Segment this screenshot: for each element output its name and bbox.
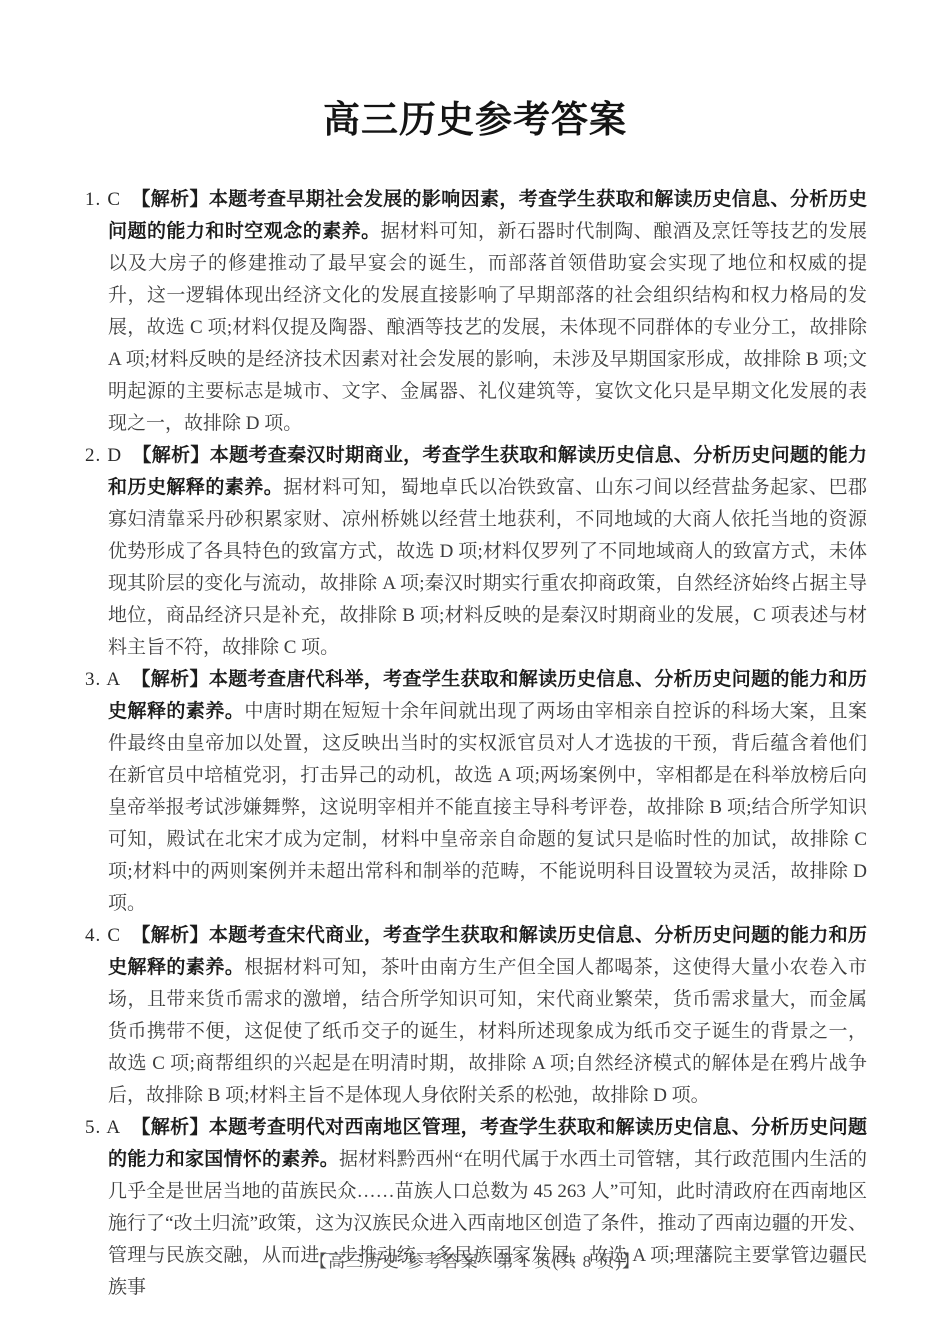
- page-title: 高三历史参考答案: [0, 0, 950, 140]
- question-number-answer: 2. D: [85, 445, 122, 466]
- question-number-answer: 1. C: [85, 189, 121, 210]
- answer-item-3: 3. A【解析】本题考查唐代科举，考查学生获取和解读历史信息、分析历史问题的能力…: [85, 664, 867, 920]
- question-number-answer: 5. A: [85, 1117, 121, 1138]
- analysis-body: 据材料可知，新石器时代制陶、酿酒及烹饪等技艺的发展以及大房子的修建推动了最早宴会…: [108, 221, 867, 434]
- answer-item-1: 1. C【解析】本题考查早期社会发展的影响因素，考查学生获取和解读历史信息、分析…: [85, 184, 867, 440]
- answer-item-4: 4. C【解析】本题考查宋代商业，考查学生获取和解读历史信息、分析历史问题的能力…: [85, 920, 867, 1112]
- analysis-body: 中唐时期在短短十余年间就出现了两场由宰相亲自控诉的科场大案，且案件最终由皇帝加以…: [108, 701, 867, 914]
- analysis-body: 据材料黔西州“在明代属于水西土司管辖，其行政范围内生活的几乎全是世居当地的苗族民…: [108, 1149, 867, 1298]
- page-footer: 【高三历史·参考答案 第 1 页(共 8 页)】: [0, 1251, 950, 1273]
- answer-item-5: 5. A【解析】本题考查明代对西南地区管理，考查学生获取和解读历史信息、分析历史…: [85, 1112, 867, 1304]
- question-number-answer: 3. A: [85, 669, 121, 690]
- analysis-body: 据材料可知，蜀地卓氏以冶铁致富、山东刁间以经营盐务起家、巴郡寡妇清靠采丹砂积累家…: [108, 477, 867, 658]
- answer-item-2: 2. D【解析】本题考查秦汉时期商业，考查学生获取和解读历史信息、分析历史问题的…: [85, 440, 867, 664]
- answer-list: 1. C【解析】本题考查早期社会发展的影响因素，考查学生获取和解读历史信息、分析…: [85, 184, 867, 1304]
- document-page: 高三历史参考答案 1. C【解析】本题考查早期社会发展的影响因素，考查学生获取和…: [0, 0, 950, 1335]
- analysis-body: 根据材料可知，茶叶由南方生产但全国人都喝茶，这使得大量小农卷入市场，且带来货币需…: [108, 957, 867, 1106]
- question-number-answer: 4. C: [85, 925, 121, 946]
